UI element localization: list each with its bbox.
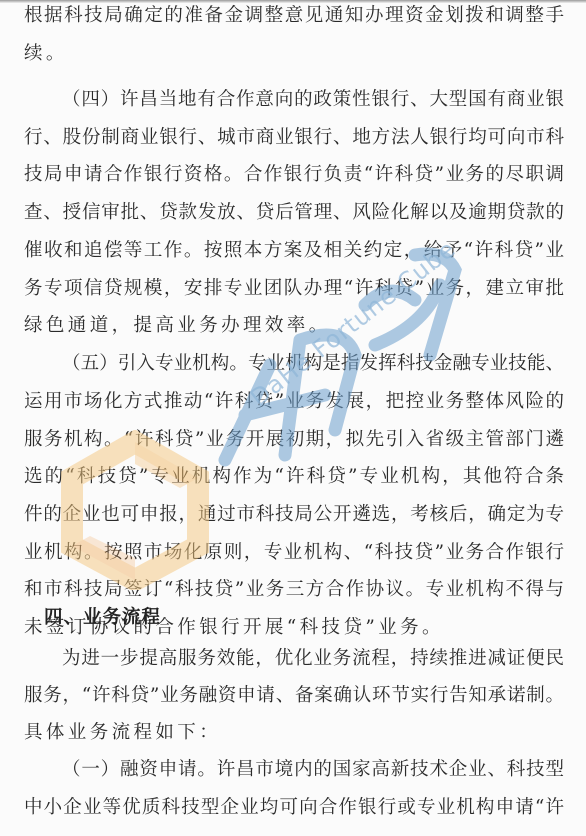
text-line: 续。: [24, 43, 564, 65]
text-line: 技局申请合作银行资格。合作银行负责“许科贷”业务的尽职调: [24, 164, 564, 186]
document-page: 根据科技局确定的准备金调整意见通知办理资金划拨和调整手 续。 （四）许昌当地有合…: [0, 0, 586, 836]
text-line: 为进一步提高服务效能，优化业务流程，持续推进减证便民: [62, 648, 564, 670]
section-heading: 四、业务流程: [44, 607, 161, 629]
text-line: 查、授信审批、贷款发放、贷后管理、风险化解以及逾期贷款的: [24, 202, 564, 224]
text-line: 选的“科技贷”专业机构作为“许科贷”专业机构，其他符合条: [24, 466, 564, 488]
text-line: 行、股份制商业银行、城市商业银行、地方法人银行均可向市科: [24, 127, 564, 149]
text-line: 件的企业也可申报，通过市科技局公开遴选，考核后，确定为专: [24, 504, 564, 526]
text-line: 绿色通道，提高业务办理效率。: [24, 315, 564, 337]
text-line: （一）融资申请。许昌市境内的国家高新技术企业、科技型: [62, 759, 564, 781]
text-line: （五）引入专业机构。专业机构是指发挥科技金融专业技能、: [62, 353, 564, 375]
text-line: 业机构。按照市场化原则，专业机构、“科技贷”业务合作银行: [24, 542, 564, 564]
text-line: 和市科技局签订“科技贷”业务三方合作协议。专业机构不得与: [24, 579, 564, 601]
text-line: 具体业务流程如下：: [24, 722, 564, 744]
text-line: （四）许昌当地有合作意向的政策性银行、大型国有商业银: [62, 89, 564, 111]
text-line: 运用市场化方式推动“许科贷”业务发展，把控业务整体风险的: [24, 391, 564, 413]
text-line: 服务，“许科贷”业务融资申请、备案确认环节实行告知承诺制。: [24, 685, 564, 707]
text-line: 催收和追偿等工作。按照本方案及相关约定，给予“许科贷”业: [24, 240, 564, 262]
text-line: 根据科技局确定的准备金调整意见通知办理资金划拨和调整手: [24, 5, 564, 27]
text-line: 中小企业等优质科技型企业均可向合作银行或专业机构申请“许: [24, 797, 564, 819]
text-line: 务专项信贷规模，安排专业团队办理“许科贷”业务，建立审批: [24, 278, 564, 300]
text-line: 服务机构。“许科贷”业务开展初期，拟先引入省级主管部门遴: [24, 429, 564, 451]
